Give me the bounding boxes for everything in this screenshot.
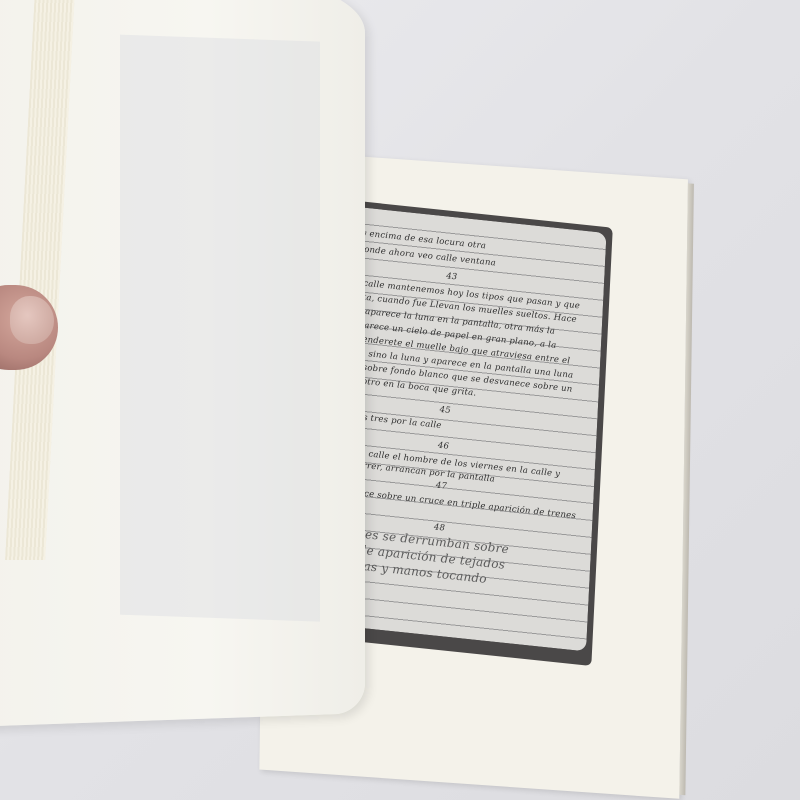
show-through-plate (120, 35, 320, 622)
thumbnail (10, 296, 54, 344)
page-edge (679, 183, 694, 795)
photo-scene: y encima de esa locura otra de donde aho… (0, 0, 800, 800)
